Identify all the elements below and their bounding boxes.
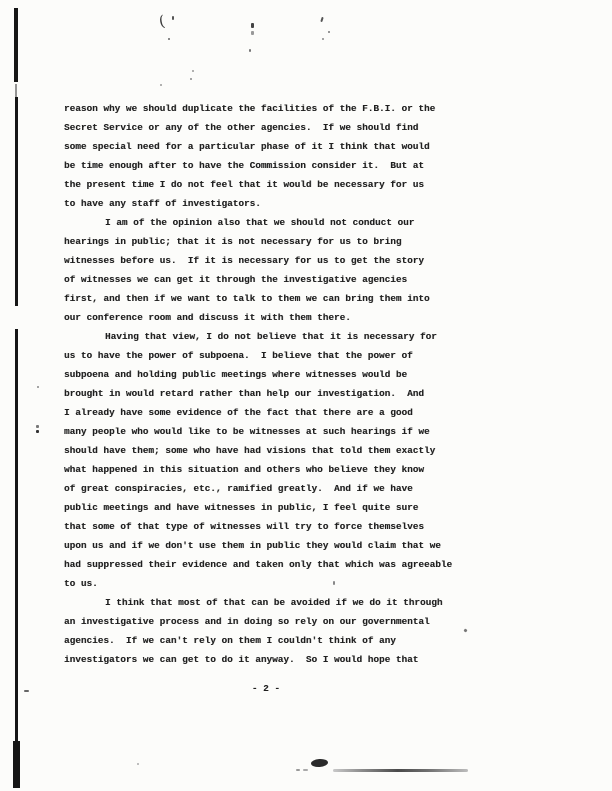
- scan-smudge-dash: [296, 769, 300, 771]
- text-line: reason why we should duplicate the facil…: [64, 99, 544, 118]
- scan-speck: [192, 70, 194, 72]
- text-line: to us.: [64, 574, 544, 593]
- text-line: brought in would retard rather than help…: [64, 384, 544, 403]
- text-line: what happened in this situation and othe…: [64, 460, 544, 479]
- text-line: I already have some evidence of the fact…: [64, 403, 544, 422]
- scan-smudge-dash: [303, 769, 308, 771]
- text-line: us to have the power of subpoena. I beli…: [64, 346, 544, 365]
- text-line: should have them; some who have had visi…: [64, 441, 544, 460]
- scan-speck: [37, 386, 39, 388]
- scan-speck: [160, 84, 162, 86]
- document-body-text: reason why we should duplicate the facil…: [64, 99, 544, 669]
- scan-artifact-left-edge-bar: [15, 84, 17, 97]
- text-line: Secret Service or any of the other agenc…: [64, 118, 544, 137]
- scan-speck: [322, 38, 324, 40]
- scan-artifact-colon-mark: [36, 430, 39, 433]
- scan-speck: [190, 78, 192, 80]
- scan-artifact-left-edge-bar: [15, 97, 18, 306]
- text-line: that some of that type of witnesses will…: [64, 517, 544, 536]
- text-line: public meetings and have witnesses in pu…: [64, 498, 544, 517]
- scan-smudge-blob: [311, 758, 329, 767]
- scan-artifact-left-edge-bar: [13, 741, 20, 788]
- scanned-document-page: ( reason why we should duplicate the fac…: [0, 0, 612, 791]
- text-line: the present time I do not feel that it w…: [64, 175, 544, 194]
- scan-speck: [168, 38, 170, 40]
- text-line: an investigative process and in doing so…: [64, 612, 544, 631]
- scan-speck: [328, 31, 330, 33]
- text-line: had suppressed their evidence and taken …: [64, 555, 544, 574]
- text-line: our conference room and discuss it with …: [64, 308, 544, 327]
- text-line: some special need for a particular phase…: [64, 137, 544, 156]
- text-line: hearings in public; that it is not neces…: [64, 232, 544, 251]
- scan-artifact-tick-mark: [320, 17, 323, 22]
- text-line: agencies. If we can't rely on them I cou…: [64, 631, 544, 650]
- text-line: I am of the opinion also that we should …: [64, 213, 544, 232]
- scan-speck: [251, 31, 254, 35]
- text-line: to have any staff of investigators.: [64, 194, 544, 213]
- text-line: witnesses before us. If it is necessary …: [64, 251, 544, 270]
- text-line: subpoena and holding public meetings whe…: [64, 365, 544, 384]
- scan-speck: [172, 16, 174, 20]
- text-line: of great conspiracies, etc., ramified gr…: [64, 479, 544, 498]
- text-line: be time enough after to have the Commiss…: [64, 156, 544, 175]
- text-line: first, and then if we want to talk to th…: [64, 289, 544, 308]
- scan-smudge-line: [333, 769, 468, 772]
- text-line: investigators we can get to do it anyway…: [64, 650, 544, 669]
- scan-speck: [137, 763, 139, 765]
- text-line: of witnesses we can get it through the i…: [64, 270, 544, 289]
- scan-speck: [251, 23, 254, 28]
- text-line: many people who would like to be witness…: [64, 422, 544, 441]
- scan-artifact-colon-mark: [36, 425, 39, 428]
- text-line: Having that view, I do not believe that …: [64, 327, 544, 346]
- page-number: - 2 -: [0, 679, 532, 698]
- scan-artifact-paren-mark: (: [158, 14, 166, 30]
- text-line: upon us and if we don't use them in publ…: [64, 536, 544, 555]
- text-line: I think that most of that can be avoided…: [64, 593, 544, 612]
- scan-speck: [249, 49, 251, 52]
- scan-artifact-left-edge-bar: [14, 8, 18, 82]
